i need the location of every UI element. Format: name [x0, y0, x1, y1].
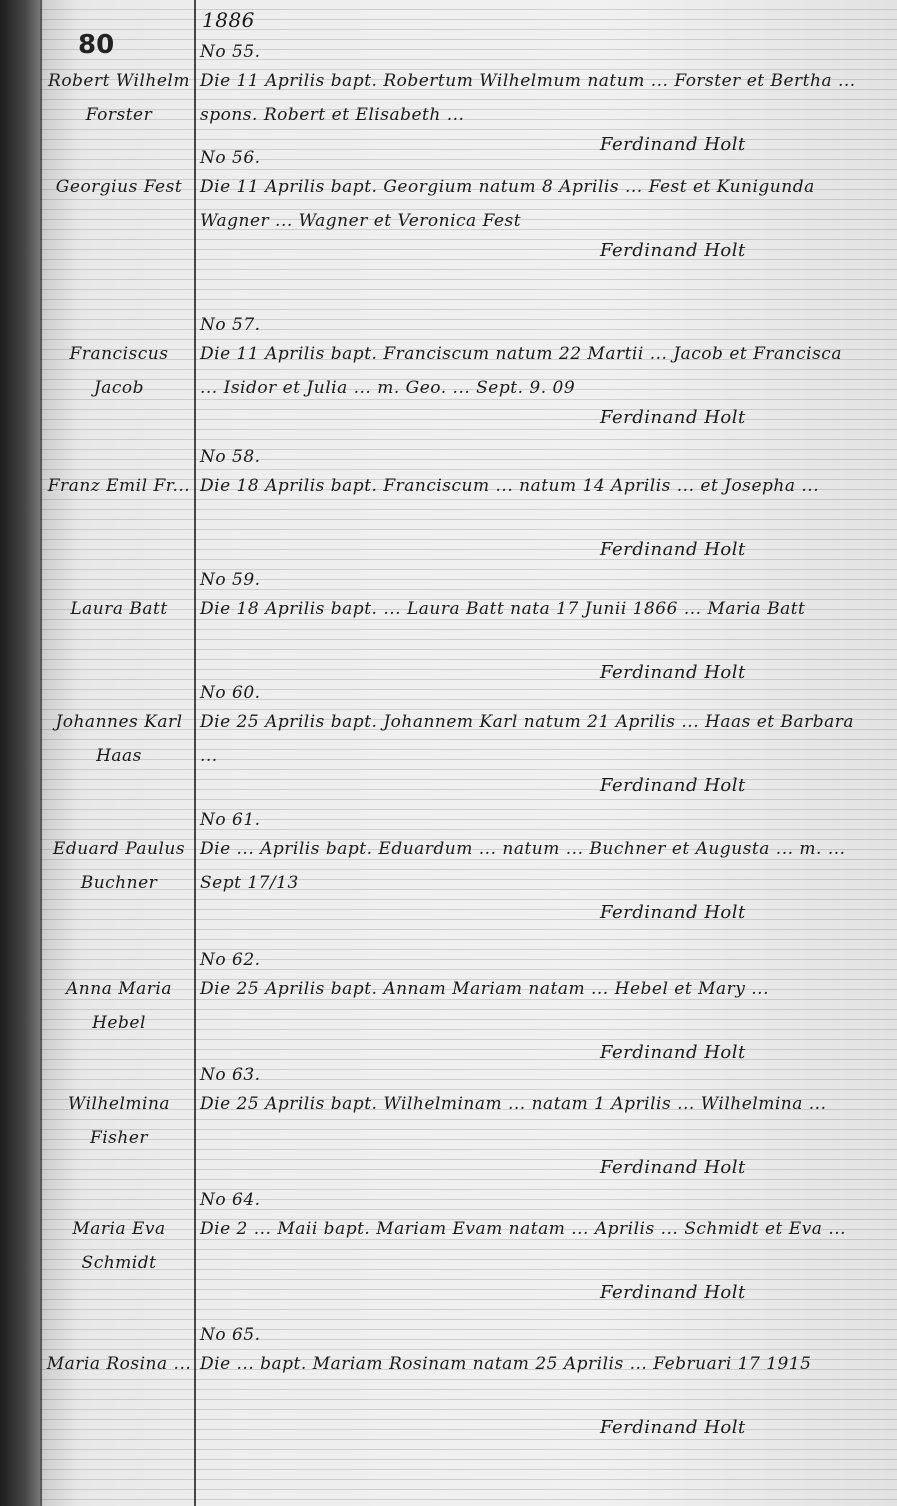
- entry-number: No 58.: [200, 447, 261, 467]
- margin-name: Georgius Fest: [46, 170, 192, 204]
- entry-number: No 57.: [200, 315, 261, 335]
- margin-name: Franz Emil Fr...: [46, 469, 192, 503]
- margin-rule-left: [40, 0, 42, 1506]
- priest-signature: Ferdinand Holt: [600, 1282, 746, 1303]
- entry-number: No 63.: [200, 1065, 261, 1085]
- entry-number: No 60.: [200, 683, 261, 703]
- entry-text: Die 25 Aprilis bapt. Annam Mariam natam …: [200, 972, 860, 1006]
- entry-text: Die 18 Aprilis bapt. Franciscum ... natu…: [200, 469, 860, 503]
- priest-signature: Ferdinand Holt: [600, 539, 746, 560]
- margin-rule-main: [194, 0, 196, 1506]
- entry-text: Die ... Aprilis bapt. Eduardum ... natum…: [200, 832, 860, 900]
- margin-name: Maria Eva Schmidt: [46, 1212, 192, 1280]
- entry-text: Die 25 Aprilis bapt. Wilhelminam ... nat…: [200, 1087, 860, 1121]
- priest-signature: Ferdinand Holt: [600, 407, 746, 428]
- priest-signature: Ferdinand Holt: [600, 240, 746, 261]
- entry-text: Die 11 Aprilis bapt. Robertum Wilhelmum …: [200, 64, 860, 132]
- margin-name: Wilhelmina Fisher: [46, 1087, 192, 1155]
- entry-text: Die ... bapt. Mariam Rosinam natam 25 Ap…: [200, 1347, 860, 1381]
- margin-name: Franciscus Jacob: [46, 337, 192, 405]
- entry-number: No 62.: [200, 950, 261, 970]
- priest-signature: Ferdinand Holt: [600, 902, 746, 923]
- priest-signature: Ferdinand Holt: [600, 1042, 746, 1063]
- priest-signature: Ferdinand Holt: [600, 1417, 746, 1438]
- entry-text: Die 11 Aprilis bapt. Georgium natum 8 Ap…: [200, 170, 860, 238]
- entry-number: No 65.: [200, 1325, 261, 1345]
- priest-signature: Ferdinand Holt: [600, 775, 746, 796]
- priest-signature: Ferdinand Holt: [600, 1157, 746, 1178]
- entry-number: No 61.: [200, 810, 261, 830]
- register-page: 80 1886 No 55.Robert Wilhelm ForsterDie …: [0, 0, 897, 1506]
- entry-number: No 59.: [200, 570, 261, 590]
- book-binding: [0, 0, 40, 1506]
- margin-name: Robert Wilhelm Forster: [46, 64, 192, 132]
- margin-name: Maria Rosina ...: [46, 1347, 192, 1381]
- page-number: 80: [78, 30, 114, 60]
- entry-number: No 56.: [200, 148, 261, 168]
- margin-name: Laura Batt: [46, 592, 192, 626]
- priest-signature: Ferdinand Holt: [600, 134, 746, 155]
- entry-text: Die 11 Aprilis bapt. Franciscum natum 22…: [200, 337, 860, 405]
- margin-name: Johannes Karl Haas: [46, 705, 192, 773]
- entry-number: No 64.: [200, 1190, 261, 1210]
- entry-text: Die 2 ... Maii bapt. Mariam Evam natam .…: [200, 1212, 860, 1246]
- entry-text: Die 18 Aprilis bapt. ... Laura Batt nata…: [200, 592, 860, 626]
- entry-number: No 55.: [200, 42, 261, 62]
- priest-signature: Ferdinand Holt: [600, 662, 746, 683]
- margin-name: Eduard Paulus Buchner: [46, 832, 192, 900]
- entry-text: Die 25 Aprilis bapt. Johannem Karl natum…: [200, 705, 860, 773]
- register-year: 1886: [202, 8, 255, 32]
- margin-name: Anna Maria Hebel: [46, 972, 192, 1040]
